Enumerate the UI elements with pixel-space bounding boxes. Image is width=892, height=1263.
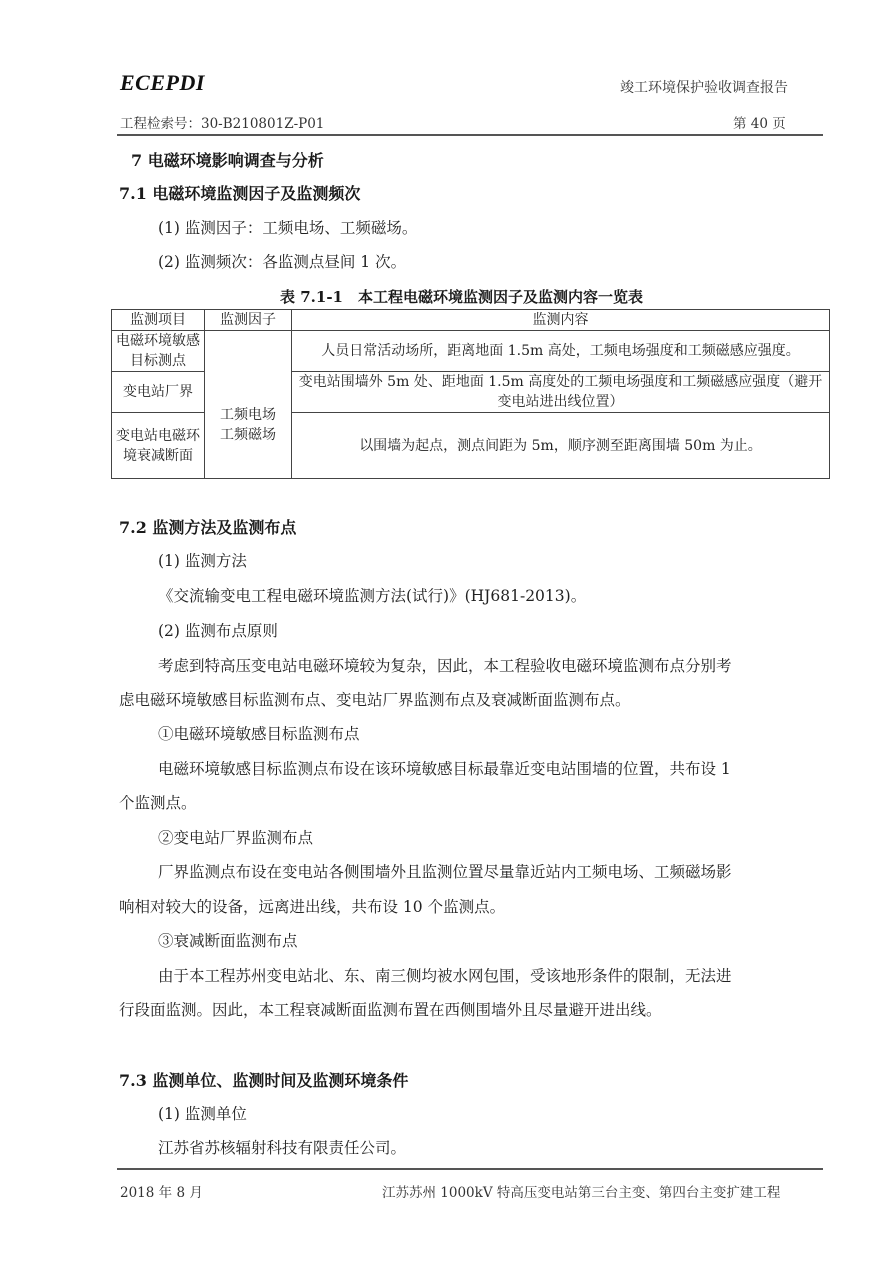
paragraph-line: 响相对较大的设备，远离进出线，共布设 10 个监测点。 — [119, 895, 505, 917]
section-7-2-title: 7.2 监测方法及监测布点 — [119, 515, 296, 538]
monitoring-frequency: (2) 监测频次：各监测点昼间 1 次。 — [158, 250, 406, 272]
footer-date: 2018 年 8 月 — [120, 1181, 203, 1201]
header-cell: 监测项目 — [112, 310, 205, 331]
item-cell: 变电站厂界 — [112, 372, 205, 413]
method-standard: 《交流输变电工程电磁环境监测方法(试行)》(HJ681-2013)。 — [158, 584, 586, 606]
page-number: 第 40 页 — [733, 112, 786, 132]
section-7-3-title: 7.3 监测单位、监测时间及监测环境条件 — [119, 1068, 408, 1091]
monitoring-table: 监测项目 监测因子 监测内容 电磁环境敏感目标测点 工频电场 工频磁场 人员日常… — [111, 309, 830, 479]
paragraph-line: 由于本工程苏州变电站北、东、南三侧均被水网包围，受该地形条件的限制，无法进 — [158, 964, 732, 986]
item-cell: 变电站电磁环境衰减断面 — [112, 413, 205, 479]
paragraph-line: 电磁环境敏感目标监测点布设在该环境敏感目标最靠近变电站围墙的位置，共布设 1 — [158, 757, 731, 779]
table-header-row: 监测项目 监测因子 监测内容 — [112, 310, 830, 331]
content-cell: 人员日常活动场所，距离地面 1.5m 高处，工频电场强度和工频磁感应强度。 — [292, 331, 830, 372]
subsection-heading: ②变电站厂界监测布点 — [158, 826, 313, 848]
paragraph-line: 厂界监测点布设在变电站各侧围墙外且监测位置尽量靠近站内工频电场、工频磁场影 — [158, 860, 732, 882]
section-7-1-title: 7.1 电磁环境监测因子及监测频次 — [119, 181, 360, 204]
footer-project-name: 江苏苏州 1000kV 特高压变电站第三台主变、第四台主变扩建工程 — [382, 1181, 780, 1201]
chapter-title: 7 电磁环境影响调查与分析 — [131, 148, 324, 171]
layout-principle-heading: (2) 监测布点原则 — [158, 619, 278, 641]
paragraph-line: 虑电磁环境敏感目标监测布点、变电站厂界监测布点及衰减断面监测布点。 — [119, 688, 631, 710]
header-cell: 监测因子 — [205, 310, 292, 331]
project-index-number: 工程检索号：30-B210801Z-P01 — [120, 112, 324, 132]
paragraph-line: 个监测点。 — [119, 791, 197, 813]
monitoring-unit-heading: (1) 监测单位 — [158, 1102, 247, 1124]
factor-cell: 工频电场 工频磁场 — [205, 331, 292, 479]
monitoring-unit-name: 江苏省苏核辐射科技有限责任公司。 — [158, 1136, 406, 1158]
content-cell: 变电站围墙外 5m 处、距地面 1.5m 高度处的工频电场强度和工频磁感应强度（… — [292, 372, 830, 413]
subsection-heading: ①电磁环境敏感目标监测布点 — [158, 722, 360, 744]
item-cell: 电磁环境敏感目标测点 — [112, 331, 205, 372]
table-row: 电磁环境敏感目标测点 工频电场 工频磁场 人员日常活动场所，距离地面 1.5m … — [112, 331, 830, 372]
subsection-heading: ③衰减断面监测布点 — [158, 929, 298, 951]
header-cell: 监测内容 — [292, 310, 830, 331]
paragraph-line: 考虑到特高压变电站电磁环境较为复杂，因此，本工程验收电磁环境监测布点分别考 — [158, 654, 732, 676]
report-title: 竣工环境保护验收调查报告 — [620, 77, 788, 97]
table-caption: 表 7.1-1 本工程电磁环境监测因子及监测内容一览表 — [280, 286, 643, 307]
header-divider — [117, 134, 823, 136]
method-heading: (1) 监测方法 — [158, 549, 247, 571]
content-cell: 以围墙为起点，测点间距为 5m，顺序测至距离围墙 50m 为止。 — [292, 413, 830, 479]
company-logo: ECEPDI — [120, 70, 205, 96]
monitoring-factors: (1) 监测因子：工频电场、工频磁场。 — [158, 216, 417, 238]
paragraph-line: 行段面监测。因此，本工程衰减断面监测布置在西侧围墙外且尽量避开进出线。 — [119, 998, 662, 1020]
footer-divider — [117, 1168, 823, 1170]
